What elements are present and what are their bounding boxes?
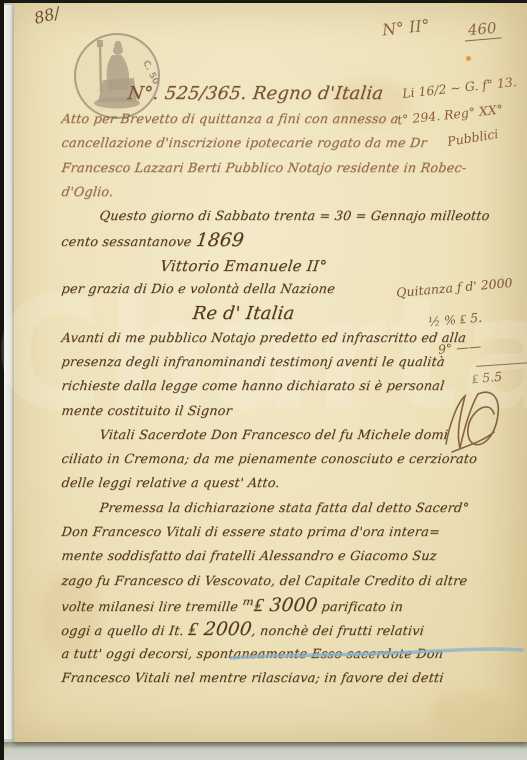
- manuscript-line: Questo giorno di Sabbato trenta = 30 = G…: [60, 205, 487, 229]
- manuscript-line: N°. 525/365. Regno d'Italia: [60, 82, 487, 108]
- manuscript-line: Francesco Vitali nel mentre rilasciava; …: [60, 667, 487, 691]
- handwritten-text: cancellazione d'inscrizione ipotecarie r…: [61, 136, 428, 151]
- handwritten-text: volte milanesi lire tremille: [60, 600, 243, 615]
- handwritten-text: Don Francesco Vitali di essere stato pri…: [61, 525, 441, 540]
- handwritten-text: ciliato in Cremona; da me pienamente con…: [61, 452, 478, 467]
- manuscript-line: oggi a quello di It. ₤ 2000, nonchè dei …: [60, 618, 487, 642]
- handwritten-text: zago fu Francesco di Vescovato, del Capi…: [61, 574, 469, 589]
- handwritten-text: Vittorio Emanuele II°: [159, 257, 328, 275]
- blue-pencil-underline: [225, 645, 525, 665]
- handwritten-text: oggi a quello di It.: [60, 624, 189, 639]
- manuscript-line: Vitali Sacerdote Don Francesco del fu Mi…: [60, 424, 487, 448]
- handwritten-text: mente soddisfatto dai fratelli Alessandr…: [61, 549, 438, 564]
- handwritten-text: N°. 525/365. Regno d'Italia: [126, 83, 384, 104]
- manuscript-line: Vittorio Emanuele II°: [60, 254, 487, 278]
- manuscript-line: cancellazione d'inscrizione ipotecarie r…: [60, 132, 487, 156]
- manuscript-line: d'Oglio.: [60, 181, 487, 205]
- handwritten-text: Avanti di me pubblico Notajo predetto ed…: [61, 331, 467, 346]
- figure-head: [113, 45, 123, 55]
- handwritten-text: ₤ 2000: [187, 619, 253, 640]
- manuscript-line: mente soddisfatto dai fratelli Alessandr…: [60, 545, 487, 569]
- manuscript-line: Atto per Brevetto di quittanza a fini co…: [60, 108, 487, 132]
- handwritten-text: mente costituito il Signor: [61, 404, 233, 419]
- handwritten-text: ᵐ₤ 3000: [241, 595, 319, 616]
- manuscript-line: delle leggi relative a quest' Atto.: [60, 472, 487, 496]
- handwritten-text: delle leggi relative a quest' Atto.: [61, 476, 281, 491]
- table-surface: [4, 742, 527, 760]
- manuscript-line: ciliato in Cremona; da me pienamente con…: [60, 448, 487, 472]
- staff-finial: [97, 40, 103, 47]
- handwritten-text: 1869: [195, 230, 245, 251]
- handwritten-text: Atto per Brevetto di quittanza a fini co…: [61, 112, 400, 127]
- manuscript-line: Re d' Italia: [60, 302, 487, 326]
- handwritten-text: Premessa la dichiarazione stata fatta da…: [99, 501, 470, 516]
- handwritten-text: parificato in: [316, 600, 404, 615]
- handwritten-text: presenza degli infranominandi testimonj …: [61, 355, 446, 370]
- photo-left-edge: [0, 0, 4, 760]
- handwritten-text: Vitali Sacerdote Don Francesco del fu Mi…: [99, 428, 449, 443]
- manuscript-line: richieste dalla legge come hanno dichiar…: [60, 375, 487, 399]
- manuscript-line: volte milanesi lire tremille ᵐ₤ 3000 par…: [60, 594, 487, 618]
- notary-paraph: [432, 382, 510, 462]
- handwritten-text: d'Oglio.: [61, 185, 115, 200]
- handwritten-text: richieste dalla legge come hanno dichiar…: [61, 379, 446, 394]
- handwritten-text: Questo giorno di Sabbato trenta = 30 = G…: [99, 209, 491, 224]
- manuscript-line: Francesco Lazzari Berti Pubblico Notajo …: [60, 157, 487, 181]
- manuscript-line: Avanti di me pubblico Notajo predetto ed…: [60, 327, 487, 351]
- handwritten-text: Francesco Lazzari Berti Pubblico Notajo …: [61, 161, 468, 176]
- ink-speck: [466, 56, 471, 61]
- manuscript-line: Premessa la dichiarazione stata fatta da…: [60, 497, 487, 521]
- manuscript-photo: { "manuscript": { "archive_number": "88/…: [0, 0, 527, 760]
- manuscript-line: Don Francesco Vitali di essere stato pri…: [60, 521, 487, 545]
- manuscript-line: per grazia di Dio e volontà della Nazion…: [60, 278, 487, 302]
- handwritten-text: , nonchè dei frutti relativi: [251, 624, 425, 639]
- manuscript-line: zago fu Francesco di Vescovato, del Capi…: [60, 570, 487, 594]
- top-right-number: 460: [463, 18, 501, 41]
- manuscript-line: mente costituito il Signor: [60, 400, 487, 424]
- handwritten-text: Re d' Italia: [191, 303, 295, 324]
- manuscript-body: N°. 525/365. Regno d'ItaliaAtto per Brev…: [60, 82, 484, 691]
- manuscript-line: presenza degli infranominandi testimonj …: [60, 351, 487, 375]
- handwritten-text: cento sessantanove: [60, 235, 196, 250]
- handwritten-text: per grazia di Dio e volontà della Nazion…: [61, 282, 336, 297]
- handwritten-text: Francesco Vitali nel mentre rilasciava; …: [61, 671, 445, 686]
- manuscript-line: cento sessantanove 1869: [60, 229, 487, 253]
